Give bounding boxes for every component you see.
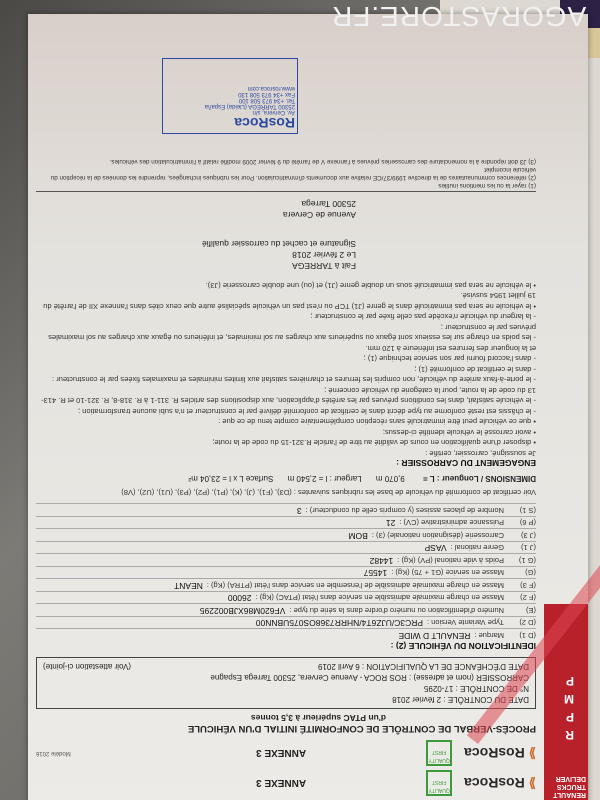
- engagement-paragraph: - les poids en charge sur les essieux so…: [36, 322, 536, 343]
- row-label: Nombre de places assises (y compris cell…: [306, 505, 504, 517]
- stamp-logo: RosRoca: [165, 115, 295, 131]
- stamp-line: 25300 TARREGA (Lleida) España: [165, 103, 295, 109]
- qualification-value: 6 Avril 2019: [318, 662, 360, 671]
- address-line2: 25300 Tarrega: [36, 199, 356, 210]
- vehicle-row: (G 1)Poids à vide national (PV) (Kg) :14…: [36, 554, 536, 567]
- row-label: Puissance administrative (CV) :: [399, 517, 504, 529]
- signature-place: Fait à TARREGA: [36, 261, 356, 272]
- row-value: BOM: [348, 530, 367, 542]
- date-value: 2 février 2018: [392, 695, 441, 704]
- footnotes: (1) rayer la ou les mentions inutiles(2)…: [36, 158, 536, 193]
- stamp-line: www.rosroca.com: [165, 85, 295, 91]
- watermark: AGORASTORE.FR: [331, 0, 586, 32]
- engagement-paragraphs: Je soussigné, carrossier, certifie :• di…: [36, 280, 536, 459]
- logo-text: RosRoca: [464, 775, 525, 791]
- row-value: NEANT: [174, 580, 203, 592]
- footnote: (3) J3 doit répondre à la nomenclature d…: [36, 158, 536, 166]
- engagement-paragraph: • le véhicule ne sera pas immatriculé da…: [36, 290, 536, 311]
- width-value: 2,540 m: [288, 474, 317, 483]
- row-code: (D 1): [504, 630, 536, 642]
- row-value: 21: [386, 517, 395, 529]
- annexe-main: ANNEXE 3: [256, 748, 306, 759]
- qualification-label: DATE D'ÉCHÉANCE DE LA QUALIFICATION :: [362, 662, 529, 671]
- row-code: (D 2): [504, 617, 536, 629]
- engagement-paragraph: - la largeur du véhicule n'excède pas ce…: [36, 311, 536, 322]
- vehicle-row: (F 3)Masse en charge maximale admissible…: [36, 579, 536, 592]
- row-value: 26000: [228, 592, 252, 604]
- row-label: Masse en charge maximale admissible en s…: [256, 592, 504, 604]
- engagement-paragraph: • que ce véhicule peut être immatriculé …: [36, 416, 536, 427]
- attestation-note: (Voir attestation ci-jointe): [43, 661, 131, 672]
- model-label: Modèle 2016: [36, 750, 71, 756]
- carrossier-value: ROS ROCA - Avenue Cervera, 25300 Tarrega…: [210, 673, 406, 682]
- certificate-note: Voir certificat de conformité du véhicul…: [36, 487, 536, 498]
- row-label: Marque :: [474, 630, 504, 642]
- vehicle-row: (G)Masse en service (G1 + 75) (Kg) :1455…: [36, 566, 536, 579]
- footnote: (2) références communautaires de la dire…: [36, 166, 536, 182]
- row-value: VASP: [425, 542, 447, 554]
- vehicle-heading: IDENTIFICATION DU VÉHICULE (2) :: [36, 641, 536, 651]
- vehicle-row: (D 1)Marque :RENAULT D WIDE: [36, 629, 536, 642]
- engagement-paragraph: Je soussigné, carrossier, certifie :: [36, 448, 536, 459]
- vehicle-row: (S 1)Nombre de places assises (y compris…: [36, 504, 536, 517]
- length-value: 9,070 m: [376, 474, 405, 483]
- row-label: Masse en charge maximale admissible de l…: [207, 580, 504, 592]
- stamp-line: Fax +34 973 508 130: [165, 91, 295, 97]
- rosroca-logo-icon: ⟫: [529, 775, 536, 791]
- document-subtitle: d'un PTAC supérieur à 3,5 tonnes: [36, 713, 536, 723]
- signature-block: Fait à TARREGA Le 2 février 2018 Signatu…: [36, 199, 536, 272]
- row-value: 14557: [364, 567, 388, 579]
- rosroca-logo-icon-2: ⟫: [529, 745, 536, 761]
- annexe-top: ANNEXE 3: [256, 778, 306, 789]
- surface-label: Surface L x l =: [222, 474, 273, 483]
- row-label: Carrosserie (désignation nationale) (3) …: [372, 530, 504, 542]
- engagement-paragraph: - dans l'accord fourni par son service t…: [36, 353, 536, 364]
- engagement-paragraph: • disposer d'une qualification en cours …: [36, 437, 536, 448]
- document-photo: RENAULT TRUCKS DELIVER R P M P ⟫ RosRoca…: [28, 14, 588, 800]
- vehicle-row: (E)Numéro d'identification ou numéro d'o…: [36, 604, 536, 617]
- rosroca-logo: ⟫ RosRoca: [464, 775, 536, 791]
- stamp-line: Av. Cervera, s/n: [165, 109, 295, 115]
- row-code: (F 2): [504, 592, 536, 604]
- logo-text-2: RosRoca: [464, 745, 525, 761]
- row-label: Genre national :: [451, 542, 504, 554]
- vehicle-row: (P 6)Puissance administrative (CV) :21: [36, 516, 536, 529]
- vehicle-row: (F 2)Masse en charge maximale admissible…: [36, 591, 536, 604]
- row-label: Poids à vide national (PV) (Kg) :: [397, 555, 504, 567]
- engagement-paragraph: - le châssis est resté conforme au type …: [36, 406, 536, 417]
- document-page: RENAULT TRUCKS DELIVER R P M P ⟫ RosRoca…: [28, 14, 588, 800]
- row-code: (E): [504, 605, 536, 617]
- signature-date: Le 2 février 2018: [36, 250, 356, 261]
- footnote: (1) rayer la ou les mentions inutiles: [36, 182, 536, 190]
- vehicle-row: (J 3)Carrosserie (désignation nationale)…: [36, 529, 536, 542]
- address-line1: Avenue de Cervera: [36, 210, 356, 221]
- top-header: ⟫ RosRoca QUALITY FIRST ANNEXE 3: [36, 768, 536, 798]
- row-value: RENAULT D WIDE: [398, 630, 470, 642]
- dimensions-label: DIMENSIONS / Longueur : L =: [423, 474, 536, 483]
- engagement-paragraph: • le véhicule ne sera pas immatriculé so…: [36, 280, 536, 291]
- date-label: DATE DU CONTRÔLE :: [443, 695, 529, 704]
- row-value: 3: [297, 505, 302, 517]
- control-box: DATE DU CONTRÔLE : 2 février 2018 N° DE …: [36, 657, 536, 709]
- row-code: (J 1): [504, 542, 536, 554]
- company-stamp: RosRoca Av. Cervera, s/n 25300 TARREGA (…: [162, 58, 298, 134]
- quality-first-badge: QUALITY FIRST: [426, 770, 452, 796]
- document-title: PROCÈS-VERBAL DE CONTRÔLE DE CONFORMITÉ …: [36, 723, 536, 734]
- renault-brand: RENAULT TRUCKS DELIVER: [546, 774, 586, 798]
- vehicle-rows: (D 1)Marque :RENAULT D WIDE(D 2)Type Var…: [36, 504, 536, 642]
- band-letters: R P M P: [560, 672, 574, 744]
- row-code: (J 3): [504, 530, 536, 542]
- row-value: PRC3C/UJZ6T4/NHRR7368OS075UBNN00: [256, 617, 423, 629]
- vehicle-row: (J 1)Genre national :VASP: [36, 541, 536, 554]
- row-code: (G): [504, 567, 536, 579]
- row-code: (S 1): [504, 505, 536, 517]
- engagement-paragraph: - le véhicule satisfait, dans les condit…: [36, 385, 536, 406]
- row-value: VF620M86XJB002295: [200, 605, 286, 617]
- engagement-paragraph: - dans le certificat de conformité (1) ;: [36, 364, 536, 375]
- engagement-heading: ENGAGEMENT DU CARROSSIER :: [36, 458, 536, 468]
- engagement-paragraph: • avoir carrossé le véhicule identifié c…: [36, 427, 536, 438]
- vehicle-row: (D 2)Type Variante Version :PRC3C/UJZ6T4…: [36, 616, 536, 629]
- dimensions-row: DIMENSIONS / Longueur : L = 9,070 m Larg…: [36, 474, 536, 483]
- engagement-paragraph: - le porte-à-faux arrière du véhicule, n…: [36, 374, 536, 385]
- row-value: 14482: [370, 555, 394, 567]
- signature-label: Signature et cachet du carrossier qualif…: [36, 239, 356, 250]
- document-content: ⟫ RosRoca QUALITY FIRST ANNEXE 3 ⟫ RosRo…: [36, 158, 536, 799]
- quality-first-badge-2: QUALITY FIRST: [426, 740, 452, 766]
- rosroca-logo-2: ⟫ RosRoca: [464, 745, 536, 761]
- row-label: Masse en service (G1 + 75) (Kg) :: [391, 567, 504, 579]
- row-label: Type Variante Version :: [427, 617, 504, 629]
- width-label: Largeur : l =: [319, 474, 362, 483]
- row-code: (G 1): [504, 555, 536, 567]
- engagement-paragraph: et la longueur des ferrures est inférieu…: [36, 343, 536, 354]
- row-code: (F 3): [504, 580, 536, 592]
- surface-value: 23,04 m²: [188, 474, 220, 483]
- row-code: (P 6): [504, 517, 536, 529]
- number-value: 17-0295: [424, 684, 453, 693]
- form-header: ⟫ RosRoca QUALITY FIRST ANNEXE 3 Modèle …: [36, 738, 536, 768]
- row-label: Numéro d'identification ou numéro d'ordr…: [289, 605, 504, 617]
